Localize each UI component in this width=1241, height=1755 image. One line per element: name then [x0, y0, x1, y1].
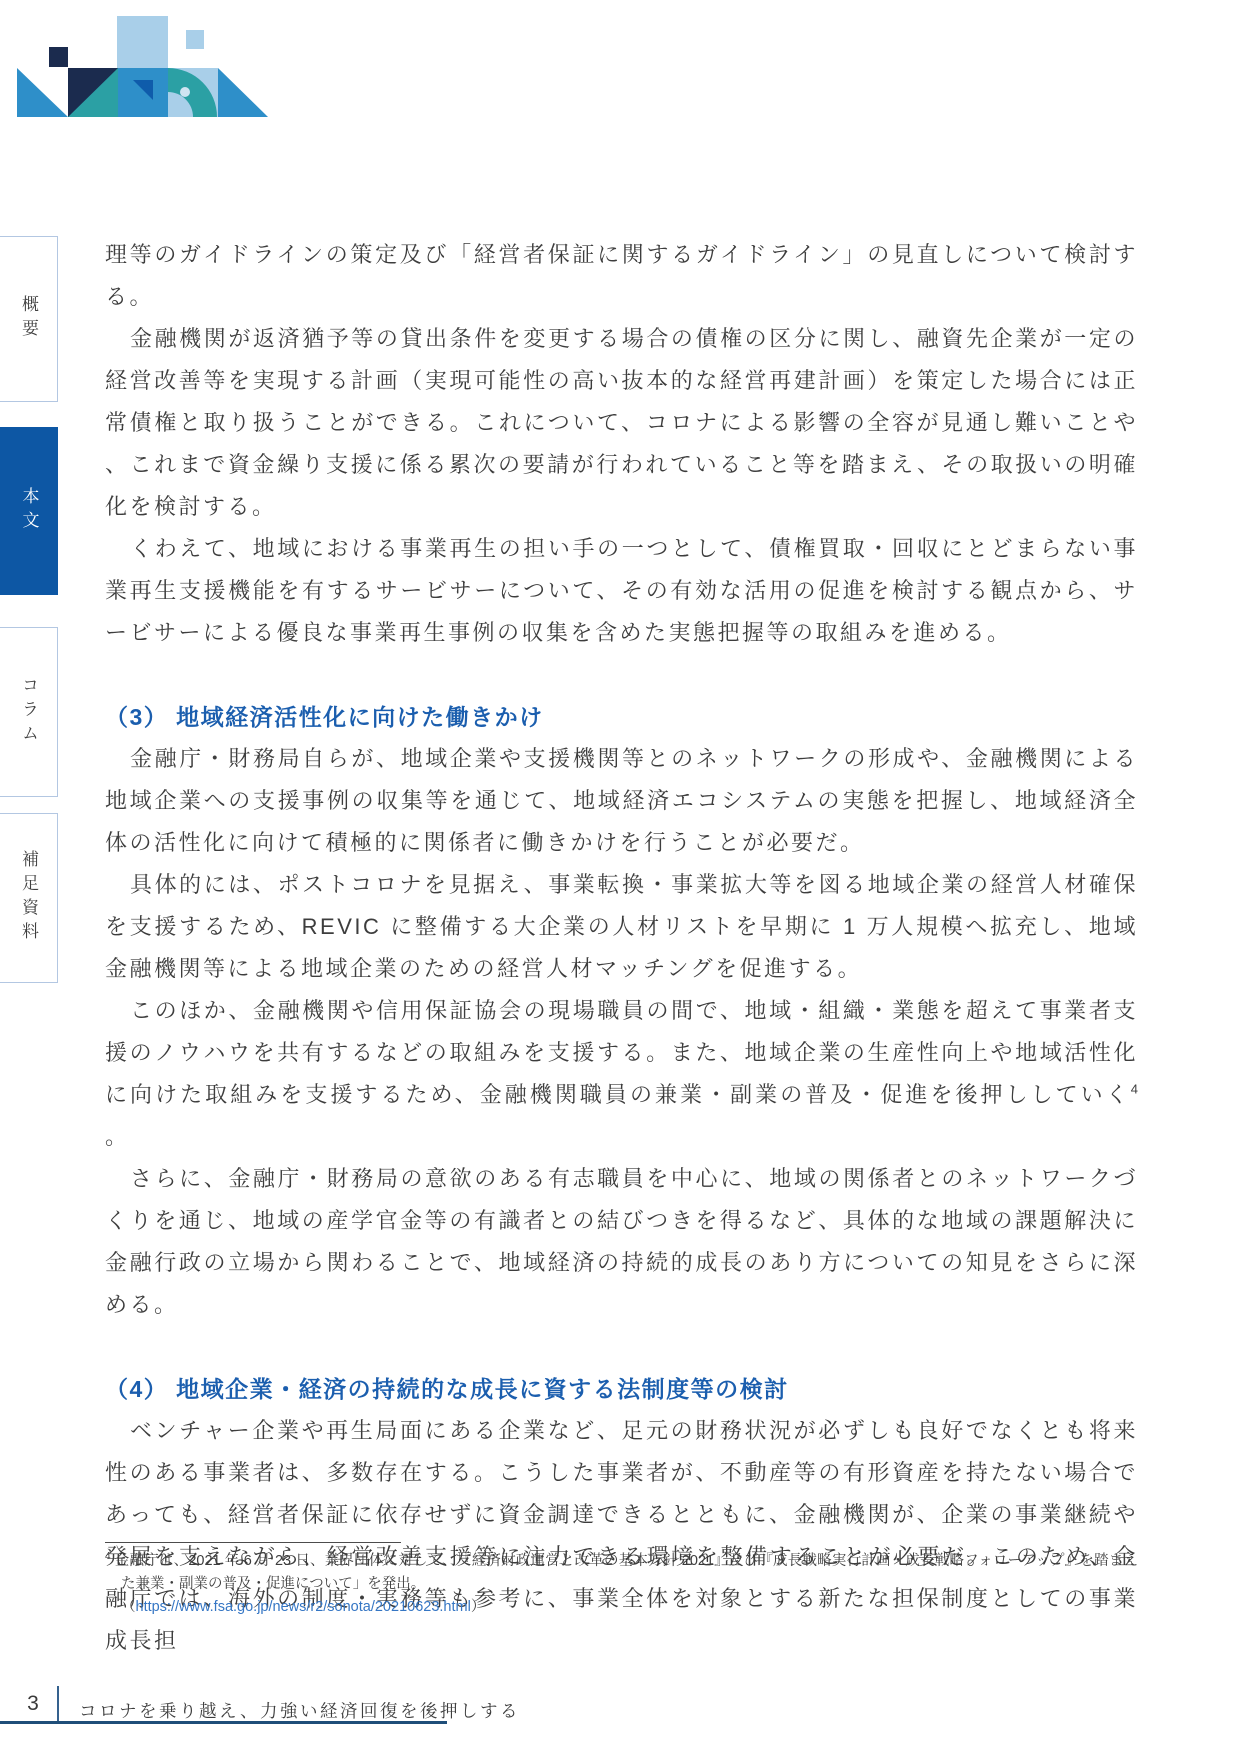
body-paragraph: さらに、金融庁・財務局の意欲のある有志職員を中心に、地域の関係者とのネットワーク… — [105, 1158, 1138, 1326]
footer-chapter-title: コロナを乗り越え、力強い経済回復を後押しする — [79, 1698, 520, 1723]
footnote-block: 4 金融庁は、2021 年 6 月 23 日、業界団体に対して、「『経済財政運営… — [105, 1550, 1138, 1619]
footnote-text: 4 金融庁は、2021 年 6 月 23 日、業界団体に対して、「『経済財政運営… — [105, 1550, 1138, 1596]
sidebar-tab-overview-label: 概要 — [20, 295, 37, 343]
page-number: 3 — [18, 1692, 48, 1716]
sidebar-tab-column-label: コラム — [20, 676, 37, 748]
paragraph-text: 。 — [105, 1124, 130, 1149]
sidebar-tab-main-text-label: 本文 — [21, 487, 38, 535]
body-paragraph: ベンチャー企業や再生局面にある企業など、足元の財務状況が必ずしも良好でなくとも将… — [105, 1410, 1138, 1662]
sidebar-tab-column[interactable]: コラム — [0, 627, 58, 797]
body-paragraph: 金融庁・財務局自らが、地域企業や支援機関等とのネットワークの形成や、金融機関によ… — [105, 738, 1138, 864]
body-paragraph: 金融機関が返済猶予等の貸出条件を変更する場合の債権の区分に関し、融資先企業が一定… — [105, 318, 1138, 528]
sidebar-tab-supplementary-label: 補足資料 — [20, 850, 37, 946]
body-paragraph: 具体的には、ポストコロナを見据え、事業転換・事業拡大等を図る地域企業の経営人材確… — [105, 864, 1138, 990]
footnote-reference-4: 4 — [1131, 1082, 1138, 1097]
section-heading-3: （3） 地域経済活性化に向けた働きかけ — [105, 696, 1138, 738]
body-paragraph: くわえて、地域における事業再生の担い手の一つとして、債権買取・回収にとどまらない… — [105, 528, 1138, 654]
sidebar-tab-supplementary[interactable]: 補足資料 — [0, 813, 58, 983]
body-paragraph: このほか、金融機関や信用保証協会の現場職員の間で、地域・組織・業態を超えて事業者… — [105, 990, 1138, 1158]
footer-accent-line — [0, 1721, 447, 1724]
paren-open: （ — [121, 1599, 136, 1615]
body-text-column: 理等のガイドラインの策定及び「経営者保証に関するガイドライン」の見直しについて検… — [105, 234, 1138, 1662]
document-page: 概要 本文 コラム 補足資料 理等のガイドラインの策定及び「経営者保証に関するガ… — [0, 0, 1241, 1755]
fsa-geometric-logo-icon — [17, 14, 269, 118]
paragraph-text: このほか、金融機関や信用保証協会の現場職員の間で、地域・組織・業態を超えて事業者… — [105, 998, 1138, 1107]
footnote-body: 金融庁は、2021 年 6 月 23 日、業界団体に対して、「『経済財政運営と改… — [115, 1553, 1138, 1592]
footnote-link[interactable]: https://www.fsa.go.jp/news/r2/sonota/202… — [136, 1599, 471, 1615]
section-heading-4: （4） 地域企業・経済の持続的な成長に資する法制度等の検討 — [105, 1368, 1138, 1410]
sidebar-tab-overview[interactable]: 概要 — [0, 236, 58, 402]
footnote-separator-rule — [105, 1542, 401, 1543]
footnote-marker: 4 — [105, 1551, 111, 1562]
body-paragraph-continuation: 理等のガイドラインの策定及び「経営者保証に関するガイドライン」の見直しについて検… — [105, 234, 1138, 318]
footnote-url-line: （https://www.fsa.go.jp/news/r2/sonota/20… — [105, 1596, 1138, 1619]
sidebar-tab-main-text[interactable]: 本文 — [0, 427, 58, 595]
paren-close: ） — [471, 1599, 486, 1615]
footer-divider — [57, 1686, 59, 1724]
